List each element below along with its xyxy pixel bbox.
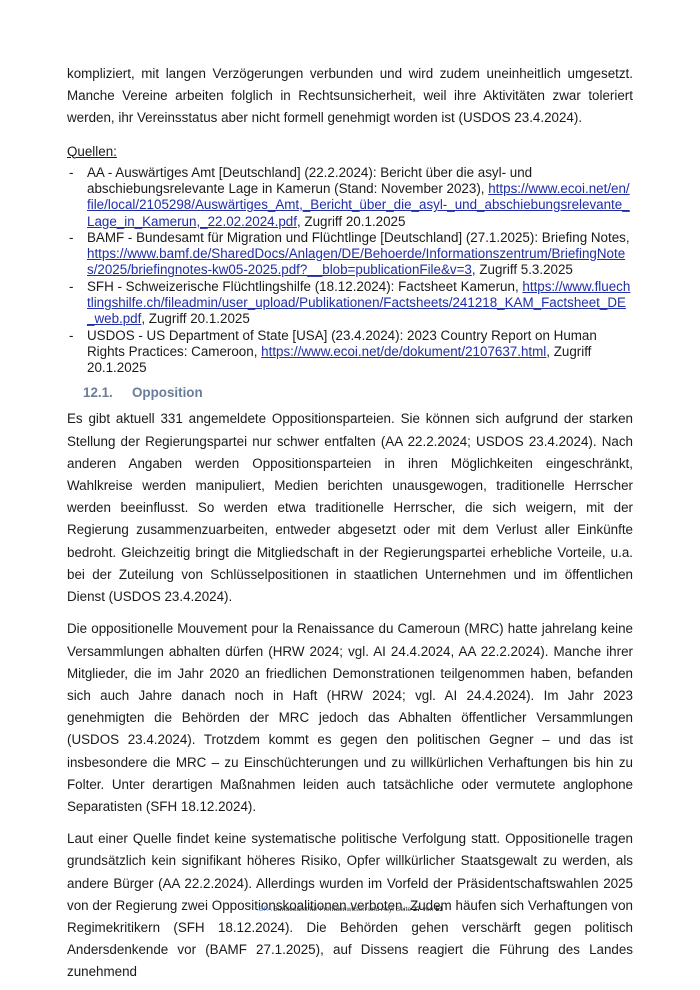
source-link-usdos[interactable]: https://www.ecoi.net/de/dokument/2107637… <box>261 344 546 359</box>
bfa-logo: .BFA <box>257 906 271 913</box>
source-accessed: , Zugriff 5.3.2025 <box>472 262 573 277</box>
document-page: kompliziert, mit langen Verzögerungen ve… <box>67 63 633 990</box>
list-dash: - <box>69 328 73 344</box>
section-number: 12.1. <box>83 384 132 402</box>
source-item-aa: - AA - Auswärtiges Amt [Deutschland] (22… <box>67 165 633 230</box>
source-text: AA - Auswärtiges Amt [Deutschland] (22.2… <box>87 165 532 196</box>
source-item-usdos: - USDOS - US Department of State [USA] (… <box>67 328 633 377</box>
section-heading: 12.1.Opposition <box>67 384 633 402</box>
paragraph-opposition-parties: Es gibt aktuell 331 angemeldete Oppositi… <box>67 408 633 608</box>
source-item-sfh: - SFH - Schweizerische Flüchtlingshilfe … <box>67 279 633 328</box>
sources-label: Quellen: <box>67 143 633 161</box>
intro-paragraph: kompliziert, mit langen Verzögerungen ve… <box>67 63 633 130</box>
section-title: Opposition <box>132 385 203 400</box>
list-dash: - <box>69 230 73 246</box>
paragraph-mrc: Die oppositionelle Mouvement pour la Ren… <box>67 618 633 818</box>
footer-text: Bundesamt für Fremdenwesen und Asyl Seit… <box>271 906 413 913</box>
list-dash: - <box>69 165 73 181</box>
source-text: BAMF - Bundesamt für Migration und Flüch… <box>87 230 630 245</box>
sources-list: - AA - Auswärtiges Amt [Deutschland] (22… <box>67 165 633 377</box>
list-dash: - <box>69 279 73 295</box>
source-accessed: , Zugriff 20.1.2025 <box>141 311 249 326</box>
source-item-bamf: - BAMF - Bundesamt für Migration und Flü… <box>67 230 633 279</box>
source-accessed: , Zugriff 20.1.2025 <box>297 214 405 229</box>
source-text: SFH - Schweizerische Flüchtlingshilfe (1… <box>87 279 522 294</box>
footer-of: von <box>421 906 436 913</box>
page-footer: .BFA Bundesamt für Fremdenwesen und Asyl… <box>0 906 700 913</box>
current-page: 27 <box>413 906 421 913</box>
total-pages: 51 <box>435 906 443 913</box>
